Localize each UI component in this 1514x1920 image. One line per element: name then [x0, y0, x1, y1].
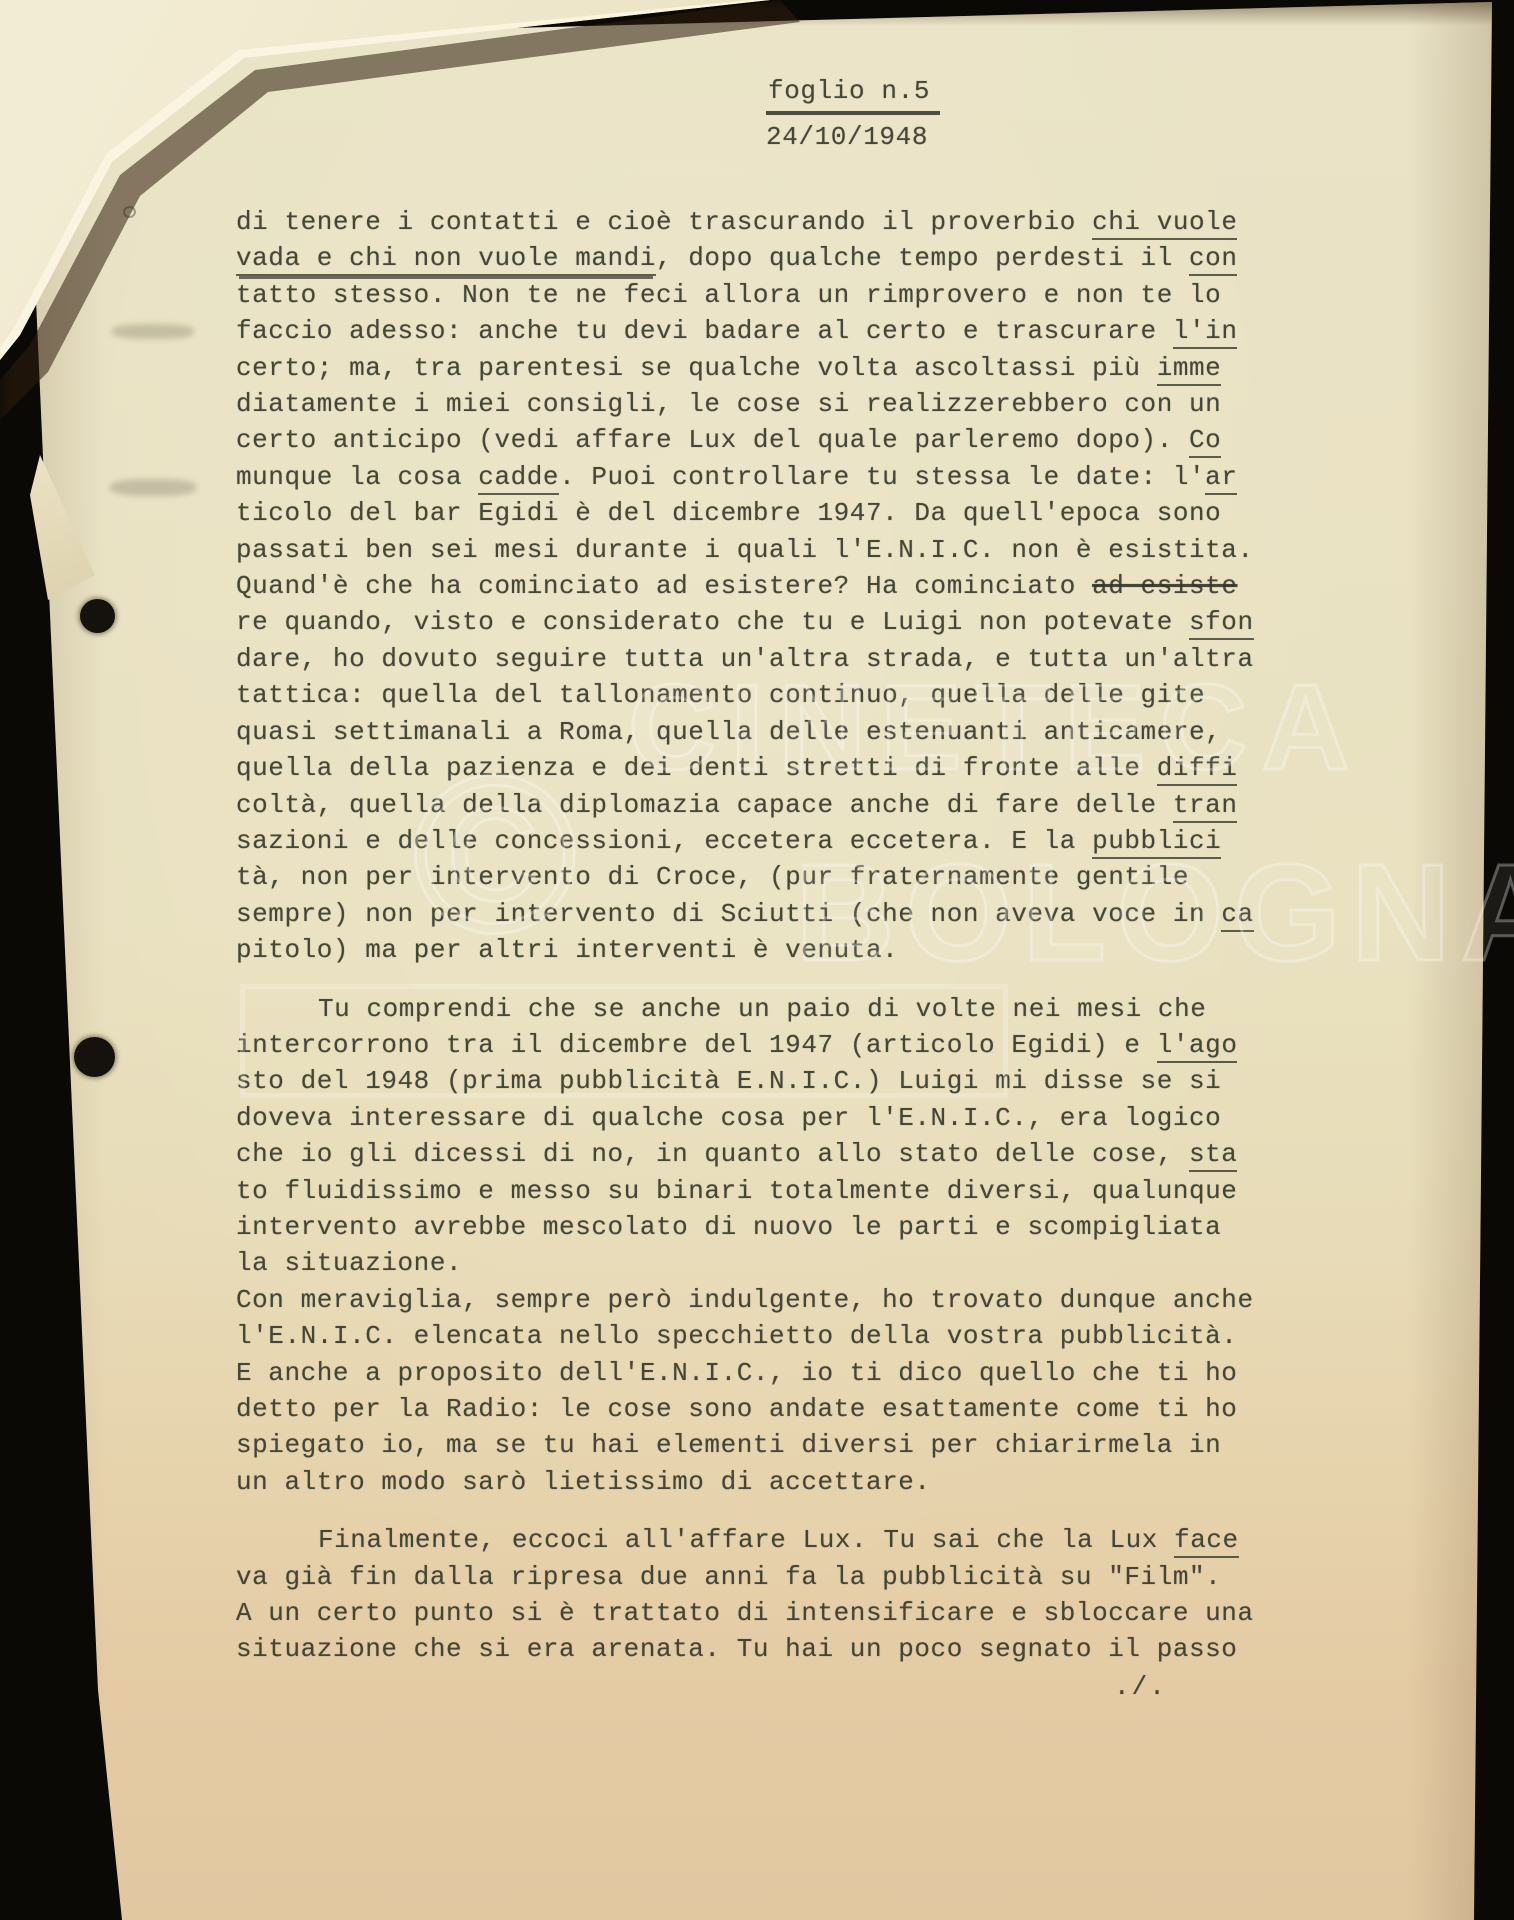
typed-text: E anche a proposito dell'E.N.I.C., io ti… — [236, 1358, 1237, 1388]
typed-text: , dopo qualche tempo perdesti il — [656, 243, 1189, 273]
underlined-text: imme — [1157, 353, 1222, 386]
letter-line: sempre) non per intervento di Sciutti (c… — [236, 896, 1280, 932]
letter-line: dare, ho dovuto seguire tutta un'altra s… — [236, 641, 1280, 677]
letter-line: quasi settimanali a Roma, quella delle e… — [236, 714, 1280, 750]
pencil-smudge — [112, 324, 194, 339]
letter-line: la situazione. — [236, 1245, 1280, 1281]
underlined-text: cadde — [478, 462, 559, 495]
letter-line: l'E.N.I.C. elencata nello specchietto de… — [236, 1318, 1280, 1354]
typed-text: situazione che si era arenata. Tu hai un… — [236, 1634, 1237, 1664]
typed-text: intervento avrebbe mescolato di nuovo le… — [236, 1212, 1221, 1242]
letter-line: detto per la Radio: le cose sono andate … — [236, 1391, 1280, 1427]
underlined-text: sfon — [1189, 607, 1254, 640]
underlined-text: con — [1189, 243, 1237, 276]
letter-line: diatamente i miei consigli, le cose si r… — [236, 386, 1280, 422]
letter-line: pitolo) ma per altri interventi è venuta… — [236, 932, 1280, 968]
typed-text: tattica: quella del tallonamento continu… — [236, 680, 1205, 710]
typed-text: intercorrono tra il dicembre del 1947 (a… — [236, 1030, 1157, 1060]
letter-line: Quand'è che ha cominciato ad esistere? H… — [236, 568, 1280, 604]
underlined-text: sta — [1189, 1139, 1237, 1172]
letter-line: faccio adesso: anche tu devi badare al c… — [236, 313, 1280, 349]
underlined-text: ar — [1205, 462, 1237, 495]
letter-line: che io gli dicessi di no, in quanto allo… — [236, 1136, 1280, 1172]
letter-line: intercorrono tra il dicembre del 1947 (a… — [236, 1027, 1280, 1063]
typed-text: to fluidissimo e messo su binari totalme… — [236, 1176, 1237, 1206]
letter-line: Tu comprendi che se anche un paio di vol… — [236, 991, 1280, 1027]
typed-text: Tu comprendi che se anche un paio di vol… — [318, 994, 1206, 1024]
typed-text: A un certo punto si è trattato di intens… — [236, 1598, 1254, 1628]
typed-text: doveva interessare di qualche cosa per l… — [236, 1103, 1221, 1133]
underlined-text: l'ago — [1157, 1030, 1238, 1063]
page-number-label: foglio n.5 — [766, 74, 940, 115]
typed-text: diatamente i miei consigli, le cose si r… — [236, 389, 1221, 419]
typed-text: coltà, quella della diplomazia capace an… — [236, 790, 1173, 820]
letter-line: sto del 1948 (prima pubblicità E.N.I.C.)… — [236, 1063, 1280, 1099]
underlined-text: diffi — [1157, 753, 1238, 786]
typed-text: ticolo del bar Egidi è del dicembre 1947… — [236, 498, 1221, 528]
typed-text: tà, non per intervento di Croce, (pur fr… — [236, 862, 1189, 892]
underlined-text: ca — [1221, 899, 1253, 932]
typed-text: l'E.N.I.C. elencata nello specchietto de… — [236, 1321, 1237, 1351]
underlined-text: tran — [1173, 790, 1238, 823]
page-date: 24/10/1948 — [766, 120, 940, 154]
pencil-mark — [123, 206, 136, 218]
letter-line: munque la cosa cadde. Puoi controllare t… — [236, 459, 1280, 495]
typed-text: passati ben sei mesi durante i quali l'E… — [236, 535, 1254, 565]
letter-line: Finalmente, eccoci all'affare Lux. Tu sa… — [236, 1522, 1280, 1558]
letter-line: E anche a proposito dell'E.N.I.C., io ti… — [236, 1355, 1280, 1391]
scanned-letter-scene: foglio n.5 24/10/1948 di tenere i contat… — [0, 0, 1514, 1920]
typed-text: di tenere i contatti e cioè trascurando … — [236, 207, 1092, 237]
struck-text: ad esiste — [1092, 571, 1237, 601]
letter-line: un altro modo sarò lietissimo di accetta… — [236, 1464, 1280, 1500]
letter-paragraph: Con meraviglia, sempre però indulgente, … — [236, 1282, 1280, 1500]
letter-line: coltà, quella della diplomazia capace an… — [236, 787, 1280, 823]
letter-line: tattica: quella del tallonamento continu… — [236, 677, 1280, 713]
punch-hole — [74, 1037, 115, 1077]
letter-line: to fluidissimo e messo su binari totalme… — [236, 1173, 1280, 1209]
typed-text: quasi settimanali a Roma, quella delle e… — [236, 717, 1221, 747]
typed-text: spiegato io, ma se tu hai elementi diver… — [236, 1430, 1221, 1460]
typed-text: sto del 1948 (prima pubblicità E.N.I.C.)… — [236, 1066, 1221, 1096]
underlined-text: Co — [1189, 425, 1221, 458]
typed-text: certo anticipo (vedi affare Lux del qual… — [236, 425, 1189, 455]
typed-text: re quando, visto e considerato che tu e … — [236, 607, 1189, 637]
letter-line: situazione che si era arenata. Tu hai un… — [236, 1631, 1280, 1667]
letter-line: quella della pazienza e dei denti strett… — [236, 750, 1280, 786]
typed-text: munque la cosa — [236, 462, 478, 492]
letter-line: sazioni e delle concessioni, eccetera ec… — [236, 823, 1280, 859]
underlined-text: face — [1174, 1525, 1239, 1558]
typed-text: Finalmente, eccoci all'affare Lux. Tu sa… — [318, 1525, 1174, 1555]
letter-line: certo anticipo (vedi affare Lux del qual… — [236, 422, 1280, 458]
letter-paragraph: Tu comprendi che se anche un paio di vol… — [236, 991, 1280, 1282]
typed-text: sempre) non per intervento di Sciutti (c… — [236, 899, 1221, 929]
typed-text: detto per la Radio: le cose sono andate … — [236, 1394, 1237, 1424]
letter-line: passati ben sei mesi durante i quali l'E… — [236, 532, 1280, 568]
page-header: foglio n.5 24/10/1948 — [766, 74, 940, 154]
typed-text: certo; ma, tra parentesi se qualche volt… — [236, 353, 1157, 383]
underlined-text: chi vuole — [1092, 207, 1237, 240]
typed-text: un altro modo sarò lietissimo di accetta… — [236, 1467, 931, 1497]
letter-line: Con meraviglia, sempre però indulgente, … — [236, 1282, 1280, 1318]
typed-text: faccio adesso: anche tu devi badare al c… — [236, 316, 1173, 346]
letter-line: intervento avrebbe mescolato di nuovo le… — [236, 1209, 1280, 1245]
letter-body: di tenere i contatti e cioè trascurando … — [236, 204, 1280, 1668]
letter-paragraph: Finalmente, eccoci all'affare Lux. Tu sa… — [236, 1522, 1280, 1668]
typed-text: pitolo) ma per altri interventi è venuta… — [236, 935, 898, 965]
letter-line: spiegato io, ma se tu hai elementi diver… — [236, 1427, 1280, 1463]
continuation-mark: ./. — [1114, 1672, 1167, 1702]
typed-text: quella della pazienza e dei denti strett… — [236, 753, 1157, 783]
letter-paragraph: di tenere i contatti e cioè trascurando … — [236, 204, 1280, 969]
typed-text: dare, ho dovuto seguire tutta un'altra s… — [236, 644, 1254, 674]
letter-line: di tenere i contatti e cioè trascurando … — [236, 204, 1280, 240]
underlined-text: l'in — [1173, 316, 1238, 349]
letter-line: tà, non per intervento di Croce, (pur fr… — [236, 859, 1280, 895]
typed-text: che io gli dicessi di no, in quanto allo… — [236, 1139, 1189, 1169]
underlined-text: vada e chi non vuole mandi — [236, 243, 656, 276]
typed-text: sazioni e delle concessioni, eccetera ec… — [236, 826, 1092, 856]
pencil-smudge — [110, 479, 196, 496]
letter-line: A un certo punto si è trattato di intens… — [236, 1595, 1280, 1631]
letter-line: tatto stesso. Non te ne feci allora un r… — [236, 277, 1280, 313]
typed-text: la situazione. — [236, 1248, 462, 1278]
typed-text: . Puoi controllare tu stessa le date: l' — [559, 462, 1205, 492]
letter-line: va già fin dalla ripresa due anni fa la … — [236, 1559, 1280, 1595]
letter-line: re quando, visto e considerato che tu e … — [236, 604, 1280, 640]
typed-text: tatto stesso. Non te ne feci allora un r… — [236, 280, 1221, 310]
typed-text: Con meraviglia, sempre però indulgente, … — [236, 1285, 1254, 1315]
underlined-text: pubblici — [1092, 826, 1221, 859]
letter-line: doveva interessare di qualche cosa per l… — [236, 1100, 1280, 1136]
letter-line: certo; ma, tra parentesi se qualche volt… — [236, 350, 1280, 386]
typed-text: Quand'è che ha cominciato ad esistere? H… — [236, 571, 1092, 601]
typed-text: va già fin dalla ripresa due anni fa la … — [236, 1562, 1221, 1592]
letter-line: vada e chi non vuole mandi, dopo qualche… — [236, 240, 1280, 276]
letter-line: ticolo del bar Egidi è del dicembre 1947… — [236, 495, 1280, 531]
punch-hole — [80, 599, 115, 633]
